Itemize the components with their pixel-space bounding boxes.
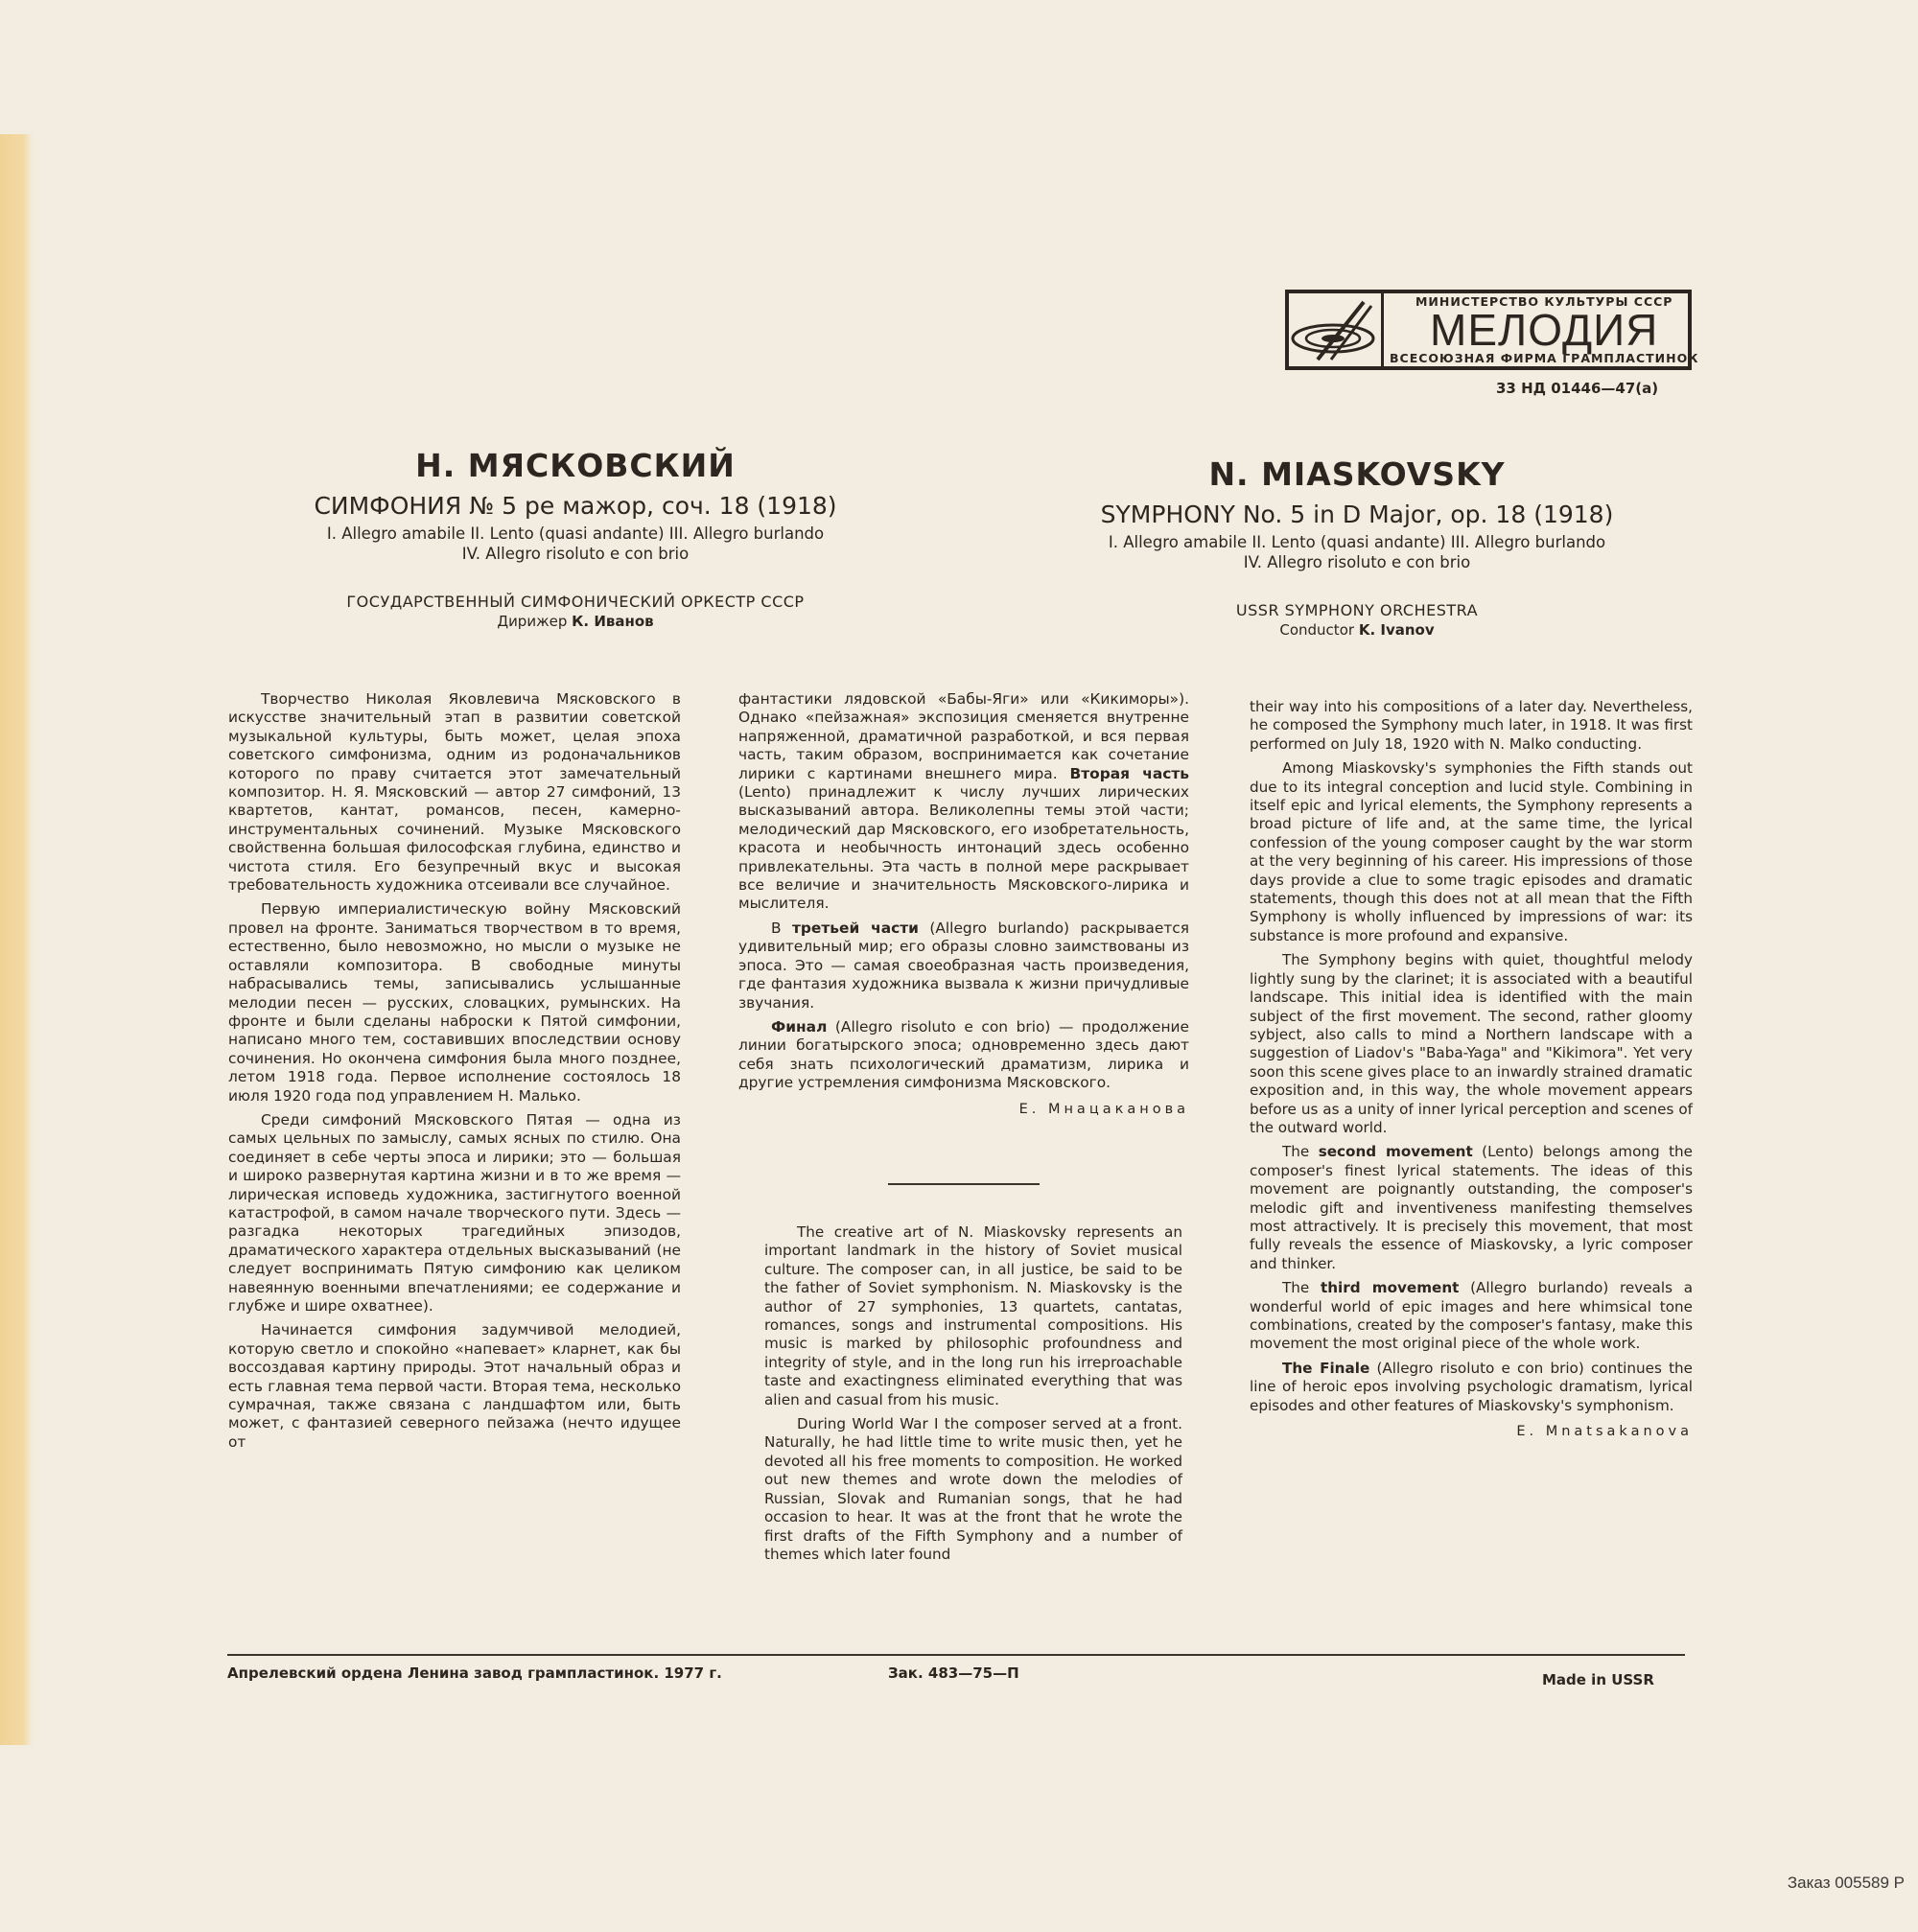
paragraph: The third movement (Allegro burlando) re… bbox=[1250, 1279, 1693, 1354]
conductor-ru: Дирижер К. Иванов bbox=[259, 613, 892, 630]
russian-notes-column-1: Творчество Николая Яковлевича Мясковског… bbox=[228, 690, 681, 1457]
author-ru: Е. Мнацаканова bbox=[738, 1101, 1189, 1119]
author-en: E. Mnatsakanova bbox=[1250, 1423, 1693, 1441]
paragraph: Среди симфоний Мясковского Пятая — одна … bbox=[228, 1111, 681, 1315]
paragraph: Among Miaskovsky's symphonies the Fifth … bbox=[1250, 759, 1693, 945]
orchestra-ru: ГОСУДАРСТВЕННЫЙ СИМФОНИЧЕСКИЙ ОРКЕСТР СС… bbox=[259, 593, 892, 611]
paragraph: Финал (Allegro risoluto e con brio) — пр… bbox=[738, 1018, 1189, 1093]
russian-notes-column-2: фантастики лядовской «Бабы-Яги» или «Кик… bbox=[738, 690, 1189, 1119]
print-order-number: Заказ 005589 Р bbox=[1788, 1874, 1905, 1893]
made-in: Made in USSR bbox=[1542, 1671, 1654, 1688]
english-notes-column-3: their way into his compositions of a lat… bbox=[1250, 698, 1693, 1441]
paper-stain bbox=[0, 134, 33, 1745]
firm-label: ВСЕСОЮЗНАЯ ФИРМА ГРАМПЛАСТИНОК bbox=[1390, 351, 1698, 365]
orchestra-en: USSR SYMPHONY ORCHESTRA bbox=[1036, 601, 1678, 619]
paragraph: The second movement (Lento) belongs amon… bbox=[1250, 1143, 1693, 1273]
paragraph: During World War I the composer served a… bbox=[764, 1415, 1182, 1564]
english-heading: N. MIASKOVSKY SYMPHONY No. 5 in D Major,… bbox=[1036, 455, 1678, 639]
movements-ru-2: IV. Allegro risoluto e con brio bbox=[259, 544, 892, 564]
work-title-en: SYMPHONY No. 5 in D Major, op. 18 (1918) bbox=[1036, 500, 1678, 528]
melodiya-logo: МИНИСТЕРСТВО КУЛЬТУРЫ СССР МЕЛОДИЯ ВСЕСО… bbox=[1285, 290, 1692, 370]
movements-ru-1: I. Allegro amabile II. Lento (quasi anda… bbox=[259, 524, 892, 544]
paragraph: В третьей части (Allegro burlando) раскр… bbox=[738, 919, 1189, 1013]
movements-en-2: IV. Allegro risoluto e con brio bbox=[1036, 552, 1678, 572]
english-notes-column-2: The creative art of N. Miaskovsky repres… bbox=[764, 1223, 1182, 1570]
composer-ru: Н. МЯСКОВСКИЙ bbox=[259, 447, 892, 484]
paragraph: Творчество Николая Яковлевича Мясковског… bbox=[228, 690, 681, 895]
paragraph: фантастики лядовской «Бабы-Яги» или «Кик… bbox=[738, 690, 1189, 914]
paragraph: The creative art of N. Miaskovsky repres… bbox=[764, 1223, 1182, 1409]
label-name: МЕЛОДИЯ bbox=[1430, 309, 1658, 351]
footer-divider bbox=[227, 1654, 1685, 1656]
work-title-ru: СИМФОНИЯ № 5 ре мажор, соч. 18 (1918) bbox=[259, 492, 892, 520]
paragraph: Первую империалистическую войну Мясковск… bbox=[228, 900, 681, 1105]
paragraph: The Finale (Allegro risoluto e con brio)… bbox=[1250, 1360, 1693, 1415]
paragraph: their way into his compositions of a lat… bbox=[1250, 698, 1693, 754]
plant-credit: Апрелевский ордена Ленина завод грамплас… bbox=[227, 1664, 722, 1682]
paragraph: Начинается симфония задумчивой мелодией,… bbox=[228, 1321, 681, 1452]
record-logo-icon bbox=[1289, 293, 1384, 366]
russian-heading: Н. МЯСКОВСКИЙ СИМФОНИЯ № 5 ре мажор, соч… bbox=[259, 447, 892, 630]
catalog-number: 33 НД 01446—47(а) bbox=[1496, 380, 1658, 397]
section-divider bbox=[888, 1183, 1040, 1185]
composer-en: N. MIASKOVSKY bbox=[1036, 455, 1678, 493]
movements-en-1: I. Allegro amabile II. Lento (quasi anda… bbox=[1036, 532, 1678, 552]
conductor-en: Conductor K. Ivanov bbox=[1036, 621, 1678, 639]
order-code: Зак. 483—75—П bbox=[888, 1664, 1019, 1682]
paragraph: The Symphony begins with quiet, thoughtf… bbox=[1250, 951, 1693, 1137]
